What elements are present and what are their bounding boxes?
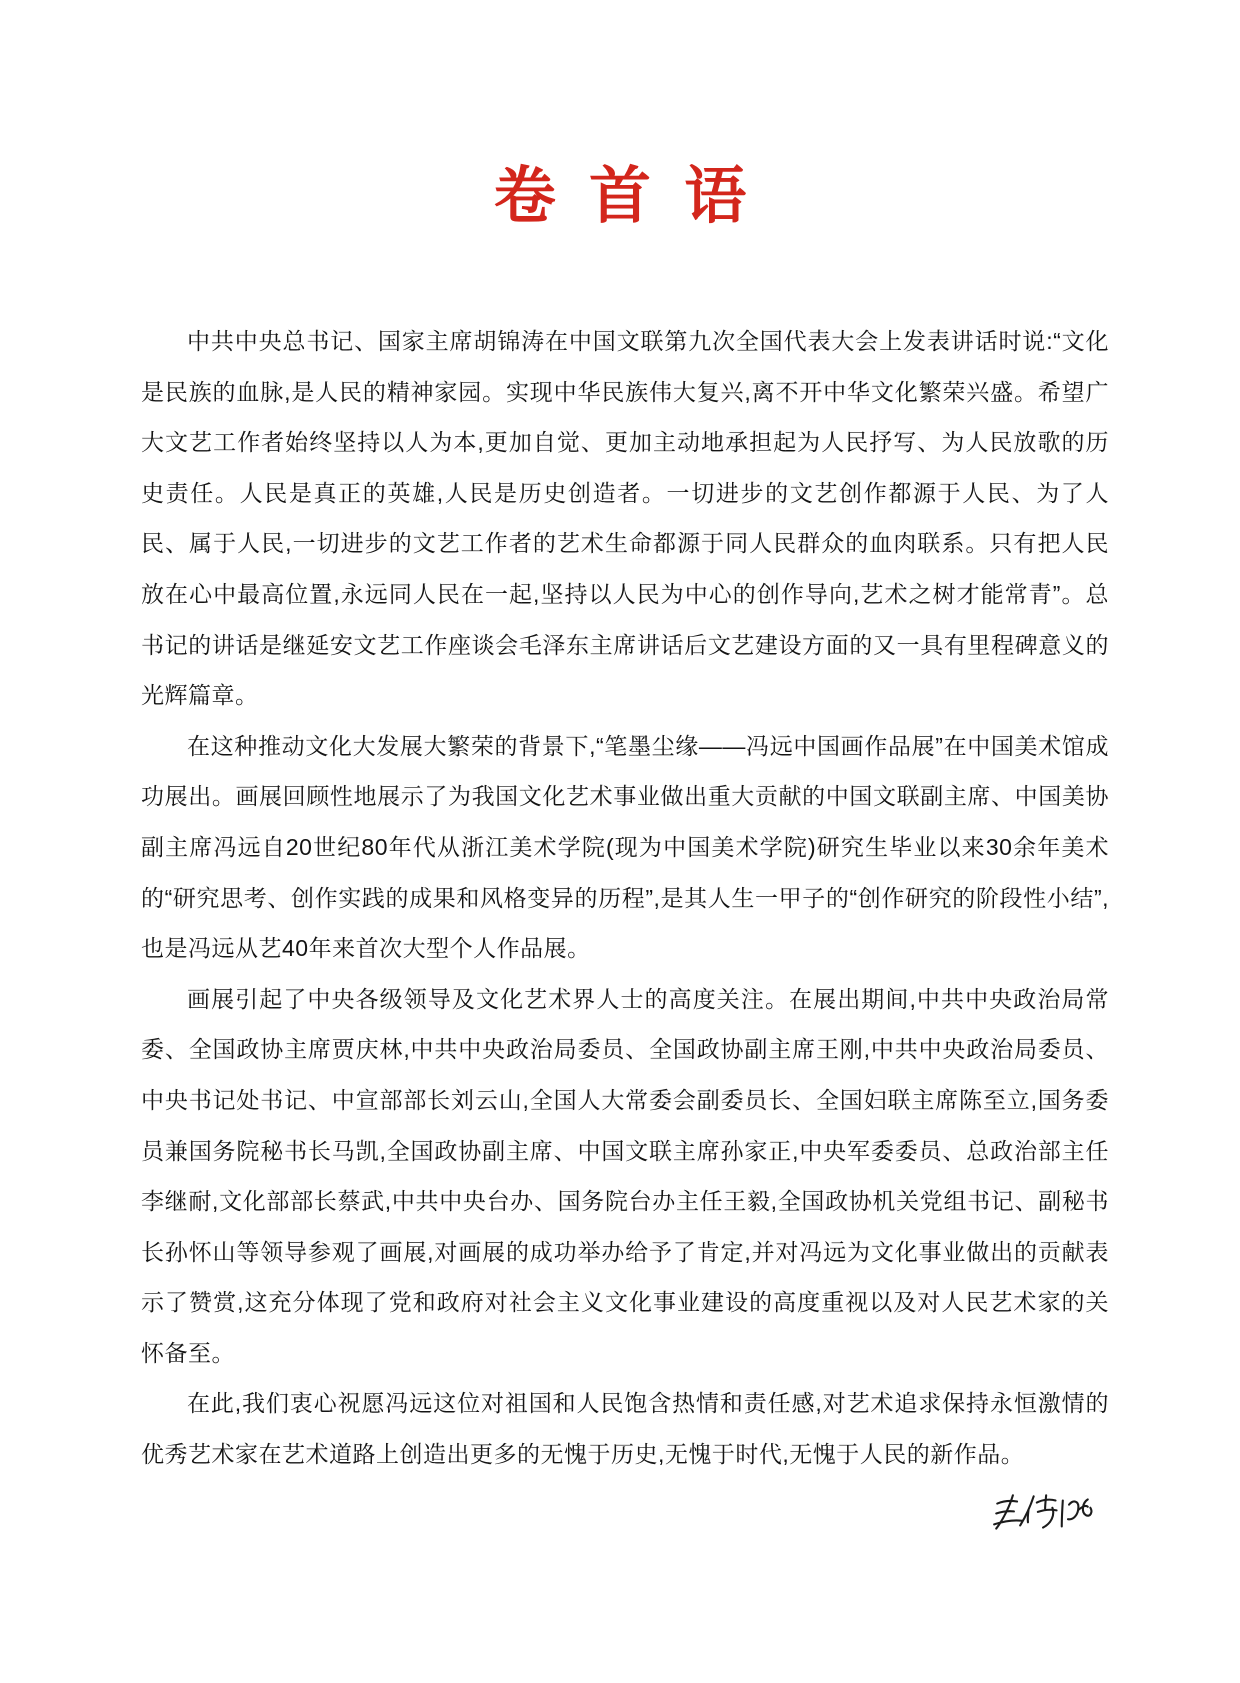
paragraph-4: 在此,我们衷心祝愿冯远这位对祖国和人民饱含热情和责任感,对艺术追求保持永恒激情的… bbox=[141, 1378, 1109, 1479]
page-title: 卷 首 语 bbox=[0, 163, 1240, 231]
paragraph-2: 在这种推动文化大发展大繁荣的背景下,“笔墨尘缘——冯远中国画作品展”在中国美术馆… bbox=[141, 721, 1109, 974]
foreword-page: 卷 首 语 中共中央总书记、国家主席胡锦涛在中国文联第九次全国代表大会上发表讲话… bbox=[0, 0, 1240, 1683]
article-body: 中共中央总书记、国家主席胡锦涛在中国文联第九次全国代表大会上发表讲话时说:“文化… bbox=[141, 316, 1109, 1480]
paragraph-1: 中共中央总书记、国家主席胡锦涛在中国文联第九次全国代表大会上发表讲话时说:“文化… bbox=[141, 316, 1109, 721]
paragraph-3: 画展引起了中央各级领导及文化艺术界人士的高度关注。在展出期间,中共中央政治局常委… bbox=[141, 974, 1109, 1379]
handwritten-signature bbox=[990, 1488, 1094, 1540]
